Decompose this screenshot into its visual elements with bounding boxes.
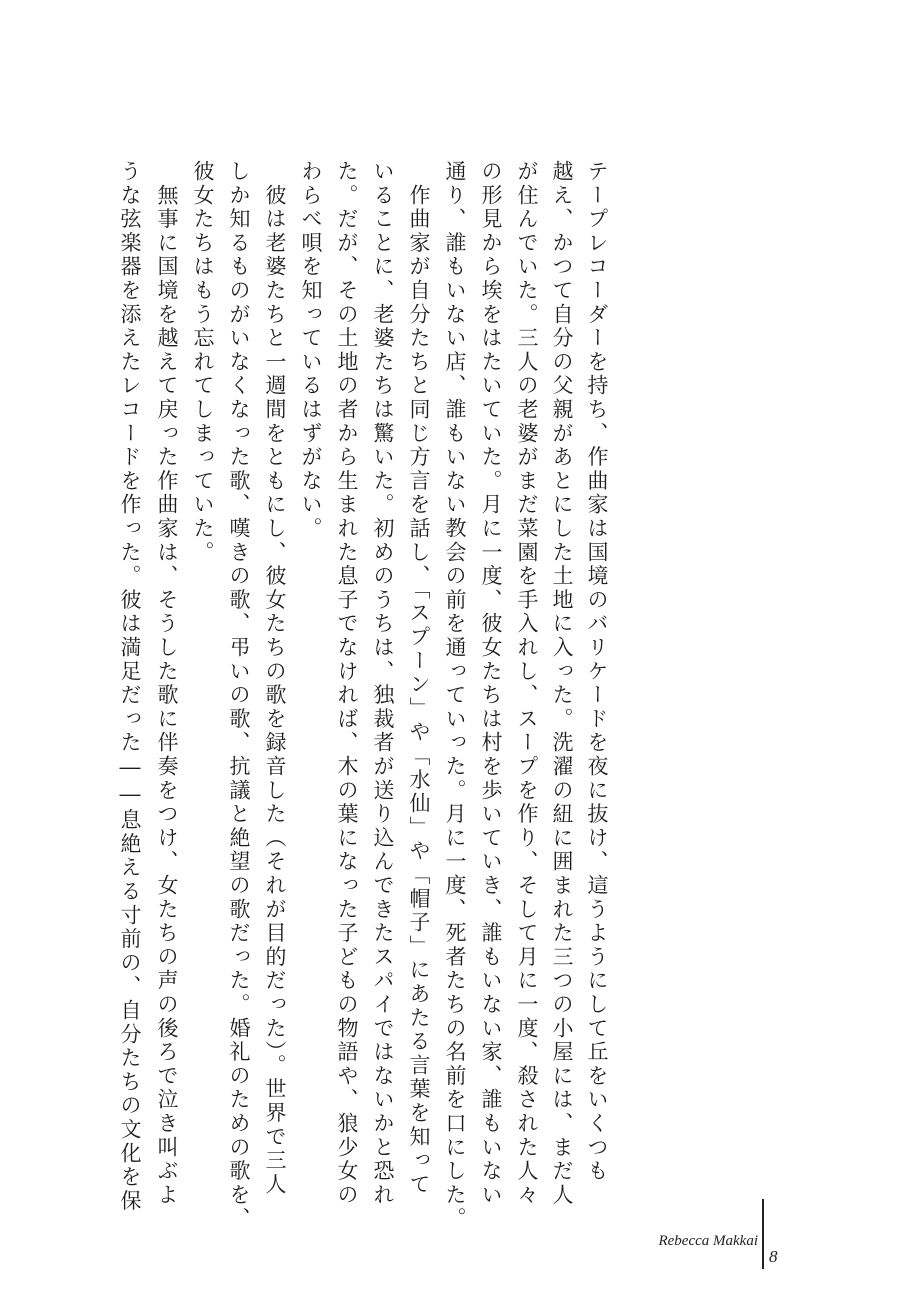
- text-column-13: 無事に国境を越えて戻った作曲家は、そうした歌に伴奏をつけ、女たちの声の後ろで泣き…: [152, 160, 182, 1120]
- text-column-9: わらべ唄を知っているはずがない。: [296, 160, 326, 1120]
- text-column-4: の形見から埃をはたいていた。月に一度、彼女たちは村を歩いていき、誰もいない家、誰…: [476, 160, 506, 1120]
- book-page: テープレコーダーを持ち、作曲家は国境のバリケードを夜に抜け、這うようにして丘をい…: [0, 0, 900, 1314]
- text-column-8: た。だが、その土地の者から生まれた息子でなければ、木の葉になった子どもの物語や、…: [332, 160, 362, 1120]
- text-column-11: しか知るものがいなくなった歌、嘆きの歌、弔いの歌、抗議と絶望の歌だった。婚礼のた…: [224, 160, 254, 1120]
- text-column-1: テープレコーダーを持ち、作曲家は国境のバリケードを夜に抜け、這うようにして丘をい…: [582, 160, 612, 1120]
- text-column-3: が住んでいた。三人の老婆がまだ菜園を手入れし、スープを作り、そして月に一度、殺さ…: [512, 160, 542, 1120]
- text-column-6: 作曲家が自分たちと同じ方言を話し、「スプーン」や「水仙」や「帽子」にあたる言葉を…: [404, 160, 434, 1120]
- text-column-7: いることに、老婆たちは驚いた。初めのうちは、独裁者が送り込んできたスパイではない…: [368, 160, 398, 1120]
- page-number: 8: [769, 1247, 778, 1267]
- page-footer: Rebecca Makkai 8: [620, 1190, 820, 1270]
- vertical-text-body: テープレコーダーを持ち、作曲家は国境のバリケードを夜に抜け、這うようにして丘をい…: [108, 160, 614, 1120]
- text-column-12: 彼女たちはもう忘れてしまっていた。: [188, 160, 218, 1120]
- text-column-5: 通り、誰もいない店、誰もいない教会の前を通っていった。月に一度、死者たちの名前を…: [440, 160, 470, 1120]
- running-footer-author: Rebecca Makkai: [658, 1233, 758, 1250]
- text-column-14: うな弦楽器を添えたレコードを作った。彼は満足だった――息絶える寸前の、自分たちの…: [115, 160, 145, 1120]
- text-column-2: 越え、かつて自分の父親があとにした土地に入った。洗濯の紐に囲まれた三つの小屋には…: [547, 160, 577, 1120]
- footer-divider: [762, 1199, 764, 1269]
- text-column-10: 彼は老婆たちと一週間をともにし、彼女たちの歌を録音した（それが目的だった）。世界…: [260, 160, 290, 1120]
